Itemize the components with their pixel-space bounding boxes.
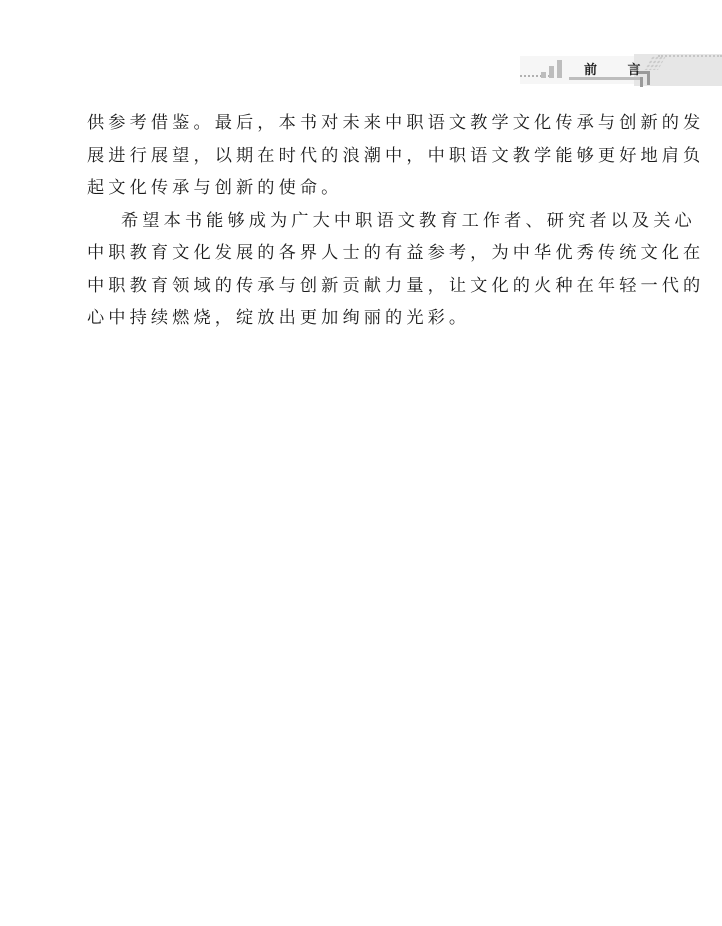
text-line: 起文化传承与创新的使命。 [87, 172, 635, 205]
header-top-dotted-line-icon [658, 55, 722, 57]
header-bar-icon [549, 66, 554, 78]
text-line: 希望本书能够成为广大中职语文教育工作者、研究者以及关心 [87, 205, 635, 238]
text-line: 供参考借鉴。最后，本书对未来中职语文教学文化传承与创新的发 [87, 107, 635, 140]
text-line: 中职教育领域的传承与创新贡献力量，让文化的火种在年轻一代的 [87, 270, 635, 303]
header-bar-icon [541, 72, 546, 78]
text-line: 展进行展望，以期在时代的浪潮中，中职语文教学能够更好地肩负 [87, 140, 635, 173]
header-bar-icon [557, 60, 562, 78]
paragraph: 希望本书能够成为广大中职语文教育工作者、研究者以及关心 中职教育文化发展的各界人… [87, 205, 635, 335]
text-line: 中职教育文化发展的各界人士的有益参考，为中华优秀传统文化在 [87, 237, 635, 270]
page-body: 供参考借鉴。最后，本书对未来中职语文教学文化传承与创新的发 展进行展望，以期在时… [87, 107, 635, 335]
page-header: 前 言 [0, 0, 722, 100]
paragraph: 供参考借鉴。最后，本书对未来中职语文教学文化传承与创新的发 展进行展望，以期在时… [87, 107, 635, 205]
section-title: 前 言 [584, 59, 654, 78]
text-line: 心中持续燃烧，绽放出更加绚丽的光彩。 [87, 302, 635, 335]
header-corner-icon [640, 77, 643, 87]
